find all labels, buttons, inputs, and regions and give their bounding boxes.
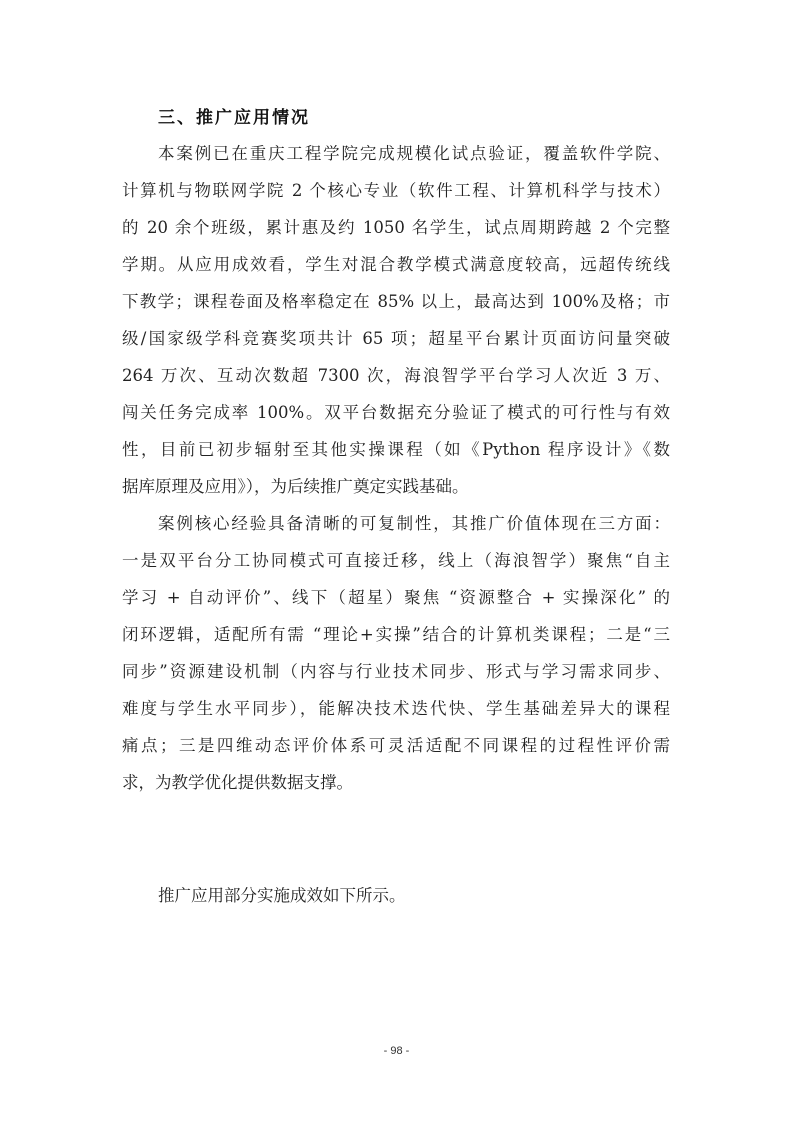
paragraph-line: 的 20 余个班级，累计惠及约 1050 名学生，试点周期跨越 2 个完整: [122, 217, 670, 239]
paragraph-line: 闭环逻辑，适配所有需 “理论+实操”结合的计算机类课程；二是“三: [122, 624, 670, 646]
paragraph-line: 据库原理及应用》），为后续推广奠定实践基础。: [122, 476, 670, 498]
paragraph-line: 264 万次、互动次数超 7300 次，海浪智学平台学习人次近 3 万、: [122, 365, 670, 387]
paragraph-line: 级/国家级学科竞赛奖项共计 65 项；超星平台累计页面访问量突破: [122, 328, 670, 350]
paragraph-line: 下教学；课程卷面及格率稳定在 85% 以上，最高达到 100%及格；市: [122, 291, 670, 313]
paragraph-line: 痛点；三是四维动态评价体系可灵活适配不同课程的过程性评价需: [122, 735, 670, 757]
paragraph-line: 案例核心经验具备清晰的可复制性，其推广价值体现在三方面：: [158, 513, 670, 535]
document-page: 三、推广应用情况 本案例已在重庆工程学院完成规模化试点验证，覆盖软件学院、 计算…: [0, 0, 793, 1122]
paragraph-line: 同步”资源建设机制（内容与行业技术同步、形式与学习需求同步、: [122, 661, 670, 683]
paragraph-line: 难度与学生水平同步），能解决技术迭代快、学生基础差异大的课程: [122, 698, 670, 720]
paragraph-line: 学期。从应用成效看，学生对混合教学模式满意度较高，远超传统线: [122, 254, 670, 276]
paragraph-line: 学习 + 自动评价”、线下（超星）聚焦 “资源整合 + 实操深化” 的: [122, 587, 670, 609]
paragraph-line: 本案例已在重庆工程学院完成规模化试点验证，覆盖软件学院、: [158, 143, 670, 165]
page-number: - 98 -: [0, 1045, 793, 1057]
paragraph-line: 闯关任务完成率 100%。双平台数据充分验证了模式的可行性与有效: [122, 402, 670, 424]
paragraph-line: 性，目前已初步辐射至其他实操课程（如《Python 程序设计》《数: [122, 439, 670, 461]
paragraph-line: 推广应用部分实施成效如下所示。: [158, 885, 670, 907]
section-heading: 三、推广应用情况: [158, 103, 310, 128]
paragraph-line: 一是双平台分工协同模式可直接迁移，线上（海浪智学）聚焦“自主: [122, 550, 670, 572]
paragraph-line: 求，为教学优化提供数据支撑。: [122, 772, 670, 794]
paragraph-line: 计算机与物联网学院 2 个核心专业（软件工程、计算机科学与技术）: [122, 180, 670, 202]
